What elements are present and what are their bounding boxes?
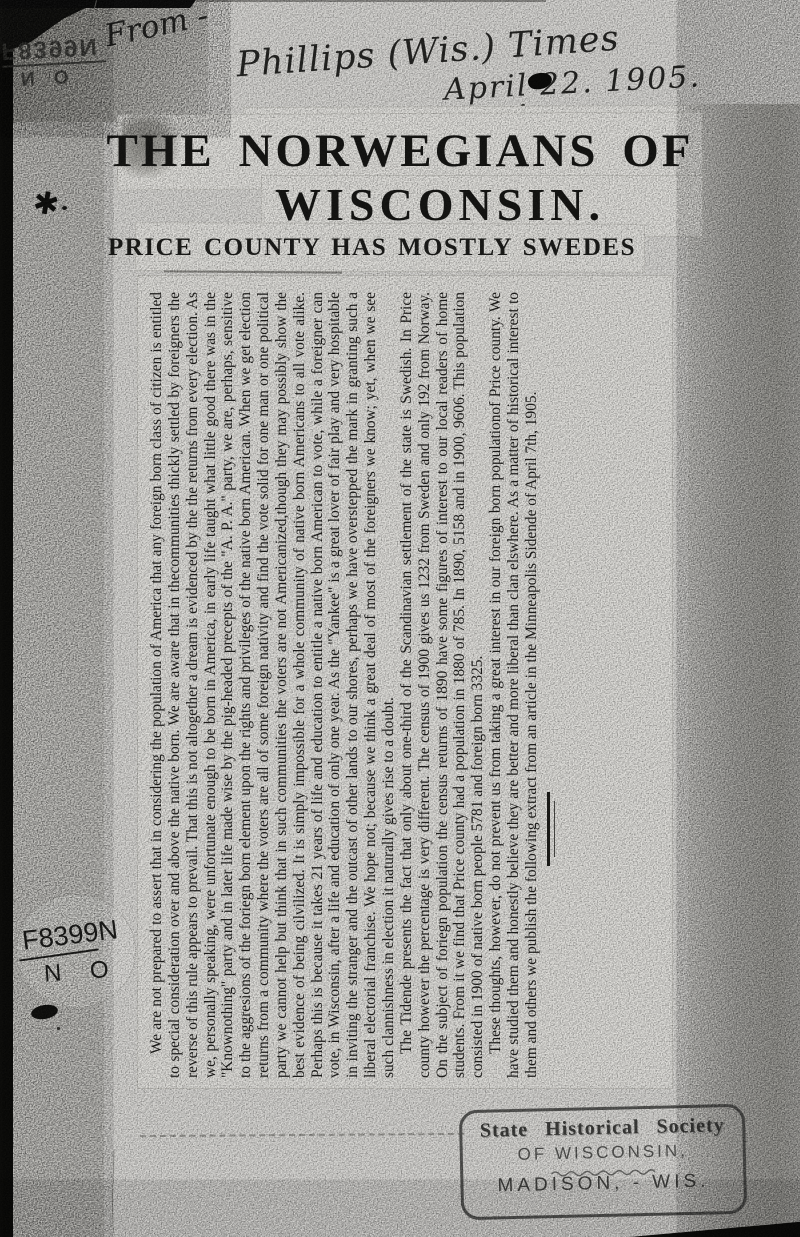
- subheadline: PRICE COUNTY HAS MOSTLY SWEDES: [104, 234, 640, 262]
- stamp-line1: State Historical Society: [462, 1114, 742, 1143]
- library-stamp: State Historical Society OF WISCONSIN, M…: [459, 1104, 747, 1220]
- clipping-bottom-edge-dashes: [140, 1133, 464, 1137]
- article-text: We are not prepared to assert that in co…: [148, 292, 648, 1078]
- call-number-mark: N O: [43, 955, 120, 988]
- article-end-rule2: [554, 801, 555, 857]
- page-right-margin: [688, 104, 800, 1237]
- article-paragraph-3: These thoughts, however, do not prevent …: [487, 292, 541, 1078]
- bottom-crease: [110, 1150, 122, 1237]
- bleedthrough-number: F8399N: [1, 31, 106, 67]
- article-rotated-block: We are not prepared to assert that in co…: [148, 292, 648, 1078]
- headline-line1: THE NORWEGIANS OF: [100, 124, 700, 178]
- scanned-page: N O F8399N From - Phillips (Wis.) Times …: [0, 0, 800, 1237]
- ink-dot: [62, 206, 67, 210]
- clipping-top-edge: [164, 270, 342, 273]
- scan-edge-top-thin: [196, 0, 546, 2]
- headline-line2: WISCONSIN.: [140, 178, 740, 231]
- article-paragraph-2: The Tidende presents the fact that only …: [398, 292, 487, 1078]
- page-left-margin: [12, 0, 104, 1237]
- article-paragraph-1: We are not prepared to assert that in co…: [148, 292, 398, 1078]
- scan-edge-left: [0, 0, 13, 1237]
- bleedthrough-call-number: N O F8399N: [1, 31, 108, 89]
- article-end-rule: [547, 792, 550, 866]
- ink-dot-small: [57, 1027, 60, 1030]
